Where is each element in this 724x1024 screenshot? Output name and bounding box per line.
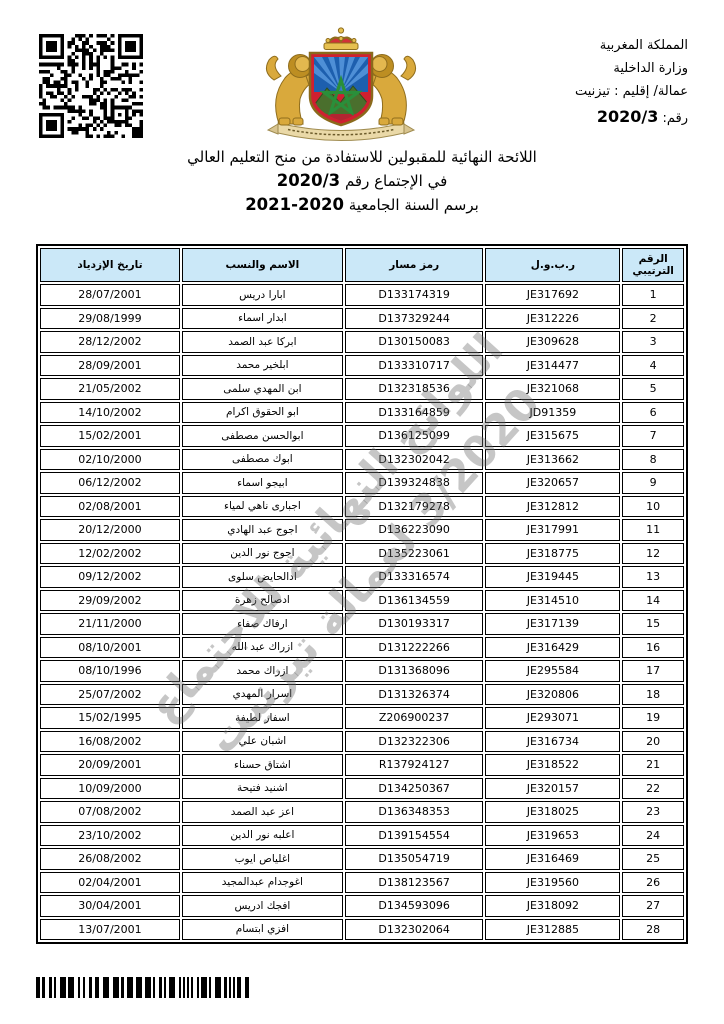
table-row: 4JE314477D133310717ابلخير محمد28/09/2001 — [40, 355, 684, 377]
cell-rank: 10 — [622, 496, 684, 518]
title-line3: برسم السنة الجامعية 2020-2021 — [0, 193, 724, 217]
cell-birthdate: 15/02/1995 — [40, 707, 180, 729]
cell-rank: 28 — [622, 919, 684, 941]
cell-id: JE312812 — [485, 496, 620, 518]
cell-rank: 2 — [622, 308, 684, 330]
cell-name: ادصالح زهرة — [182, 590, 343, 612]
title-line1: اللائحة النهائية للمقبولين للاستفادة من … — [0, 146, 724, 169]
cell-name: اشبان علي — [182, 731, 343, 753]
cell-rank: 22 — [622, 778, 684, 800]
table-header-row: الرقم الترتيبي ر.ب.و.ل رمز مسار الاسم وا… — [40, 248, 684, 282]
cell-massar: D136134559 — [345, 590, 484, 612]
cell-birthdate: 20/12/2000 — [40, 519, 180, 541]
cell-birthdate: 06/12/2002 — [40, 472, 180, 494]
cell-rank: 26 — [622, 872, 684, 894]
table-row: 8JE313662D132302042ابوك مصطفى02/10/2000 — [40, 449, 684, 471]
cell-name: ازراك محمد — [182, 660, 343, 682]
cell-rank: 12 — [622, 543, 684, 565]
table-row: 10JE312812D132179278اجبارى ناهي لمياء02/… — [40, 496, 684, 518]
cell-rank: 13 — [622, 566, 684, 588]
cell-id: JE320806 — [485, 684, 620, 706]
cell-massar: D137329244 — [345, 308, 484, 330]
cell-name: ابيجو اسماء — [182, 472, 343, 494]
cell-id: JE319560 — [485, 872, 620, 894]
cell-name: ابركا عبد الصمد — [182, 331, 343, 353]
cell-id: JE295584 — [485, 660, 620, 682]
table-row: 17JE295584D131368096ازراك محمد08/10/1996 — [40, 660, 684, 682]
cell-massar: D139154554 — [345, 825, 484, 847]
col-header-name: الاسم والنسب — [182, 248, 343, 282]
cell-birthdate: 12/02/2002 — [40, 543, 180, 565]
cell-name: ادالحايض سلوى — [182, 566, 343, 588]
cell-rank: 17 — [622, 660, 684, 682]
cell-name: اعلبه نور الدين — [182, 825, 343, 847]
cell-birthdate: 08/10/1996 — [40, 660, 180, 682]
cell-name: ابوك مصطفى — [182, 449, 343, 471]
barcode-icon — [36, 977, 251, 998]
cell-id: JE317692 — [485, 284, 620, 306]
cell-massar: D132302042 — [345, 449, 484, 471]
cell-id: JE314510 — [485, 590, 620, 612]
cell-id: JE316734 — [485, 731, 620, 753]
cell-name: اجوج نور الدين — [182, 543, 343, 565]
cell-id: JE312226 — [485, 308, 620, 330]
title-line2-text: في الإجتماع رقم — [345, 172, 447, 190]
cell-id: JE321068 — [485, 378, 620, 400]
title-line2-number: 2020/3 — [277, 171, 340, 190]
cell-birthdate: 02/10/2000 — [40, 449, 180, 471]
cell-id: JE293071 — [485, 707, 620, 729]
morocco-coat-of-arms-icon — [256, 26, 426, 144]
cell-rank: 11 — [622, 519, 684, 541]
cell-name: ابلخير محمد — [182, 355, 343, 377]
roster-table-wrap: الرقم الترتيبي ر.ب.و.ل رمز مسار الاسم وا… — [36, 244, 688, 944]
cell-rank: 15 — [622, 613, 684, 635]
cell-massar: R137924127 — [345, 754, 484, 776]
cell-id: JE317139 — [485, 613, 620, 635]
table-row: 24JE319653D139154554اعلبه نور الدين23/10… — [40, 825, 684, 847]
cell-massar: D136125099 — [345, 425, 484, 447]
province-line: عمالة/ إقليم : تيزنيت — [575, 80, 688, 103]
cell-name: ارفاك صفاء — [182, 613, 343, 635]
letterhead: المملكة المغربية وزارة الداخلية عمالة/ إ… — [575, 34, 688, 130]
cell-rank: 6 — [622, 402, 684, 424]
table-row: 5JE321068D132318536ابن المهدي سلمى21/05/… — [40, 378, 684, 400]
cell-birthdate: 02/04/2001 — [40, 872, 180, 894]
cell-birthdate: 02/08/2001 — [40, 496, 180, 518]
cell-birthdate: 16/08/2002 — [40, 731, 180, 753]
cell-birthdate: 25/07/2002 — [40, 684, 180, 706]
cell-massar: D138123567 — [345, 872, 484, 894]
cell-massar: D139324838 — [345, 472, 484, 494]
ministry-line: وزارة الداخلية — [575, 57, 688, 80]
cell-massar: D131222266 — [345, 637, 484, 659]
cell-rank: 21 — [622, 754, 684, 776]
cell-birthdate: 21/05/2002 — [40, 378, 180, 400]
cell-id: JE309628 — [485, 331, 620, 353]
table-row: 16JE316429D131222266ازراك عبد الله08/10/… — [40, 637, 684, 659]
cell-birthdate: 26/08/2002 — [40, 848, 180, 870]
table-row: 1JE317692D133174319ابارا دريس28/07/2001 — [40, 284, 684, 306]
cell-massar: D132322306 — [345, 731, 484, 753]
cell-name: ابوالحسن مصطفى — [182, 425, 343, 447]
kingdom-line: المملكة المغربية — [575, 34, 688, 57]
cell-massar: D130193317 — [345, 613, 484, 635]
cell-rank: 16 — [622, 637, 684, 659]
col-header-rank: الرقم الترتيبي — [622, 248, 684, 282]
cell-name: ابارا دريس — [182, 284, 343, 306]
cell-birthdate: 23/10/2002 — [40, 825, 180, 847]
cell-name: اجوج عبد الهادي — [182, 519, 343, 541]
cell-birthdate: 21/11/2000 — [40, 613, 180, 635]
table-row: 6JD91359D133164859ابو الحقوق اكرام14/10/… — [40, 402, 684, 424]
cell-id: JD91359 — [485, 402, 620, 424]
document-page: المملكة المغربية وزارة الداخلية عمالة/ إ… — [0, 0, 724, 1024]
cell-massar: Z206900237 — [345, 707, 484, 729]
cell-rank: 19 — [622, 707, 684, 729]
table-row: 12JE318775D135223061اجوج نور الدين12/02/… — [40, 543, 684, 565]
table-row: 25JE316469D135054719اغلياص ايوب26/08/200… — [40, 848, 684, 870]
table-row: 21JE318522R137924127اشتاق حسناء20/09/200… — [40, 754, 684, 776]
col-header-massar: رمز مسار — [345, 248, 484, 282]
cell-name: اشتاق حسناء — [182, 754, 343, 776]
cell-massar: D131368096 — [345, 660, 484, 682]
cell-rank: 3 — [622, 331, 684, 353]
cell-name: ابدار اسماء — [182, 308, 343, 330]
table-row: 19JE293071Z206900237اسفار لطيفة15/02/199… — [40, 707, 684, 729]
cell-id: JE312885 — [485, 919, 620, 941]
cell-id: JE318092 — [485, 895, 620, 917]
cell-rank: 4 — [622, 355, 684, 377]
cell-id: JE319445 — [485, 566, 620, 588]
col-header-birthdate: تاريخ الإزدياد — [40, 248, 180, 282]
table-row: 22JE320157D134250367اشنيد فتيحة10/09/200… — [40, 778, 684, 800]
cell-id: JE320657 — [485, 472, 620, 494]
cell-id: JE318775 — [485, 543, 620, 565]
cell-id: JE320157 — [485, 778, 620, 800]
table-row: 14JE314510D136134559ادصالح زهرة29/09/200… — [40, 590, 684, 612]
cell-rank: 7 — [622, 425, 684, 447]
document-number-line: رقم: 2020/3 — [575, 105, 688, 130]
cell-birthdate: 10/09/2000 — [40, 778, 180, 800]
cell-massar: D131326374 — [345, 684, 484, 706]
cell-rank: 14 — [622, 590, 684, 612]
cell-rank: 20 — [622, 731, 684, 753]
cell-rank: 18 — [622, 684, 684, 706]
table-row: 20JE316734D132322306اشبان علي16/08/2002 — [40, 731, 684, 753]
table-row: 9JE320657D139324838ابيجو اسماء06/12/2002 — [40, 472, 684, 494]
cell-rank: 25 — [622, 848, 684, 870]
cell-massar: D132302064 — [345, 919, 484, 941]
cell-birthdate: 08/10/2001 — [40, 637, 180, 659]
cell-rank: 24 — [622, 825, 684, 847]
cell-birthdate: 29/09/2002 — [40, 590, 180, 612]
table-row: 13JE319445D133316574ادالحايض سلوى09/12/2… — [40, 566, 684, 588]
page-title: اللائحة النهائية للمقبولين للاستفادة من … — [0, 146, 724, 217]
cell-massar: D133310717 — [345, 355, 484, 377]
table-row: 7JE315675D136125099ابوالحسن مصطفى15/02/2… — [40, 425, 684, 447]
cell-id: JE317991 — [485, 519, 620, 541]
cell-massar: D133174319 — [345, 284, 484, 306]
table-row: 3JE309628D130150083ابركا عبد الصمد28/12/… — [40, 331, 684, 353]
document-number-label: رقم: — [662, 111, 688, 126]
cell-id: JE319653 — [485, 825, 620, 847]
cell-massar: D133316574 — [345, 566, 484, 588]
cell-massar: D136348353 — [345, 801, 484, 823]
cell-name: اجبارى ناهي لمياء — [182, 496, 343, 518]
table-row: 23JE318025D136348353اعز عبد الصمد07/08/2… — [40, 801, 684, 823]
cell-birthdate: 30/04/2001 — [40, 895, 180, 917]
table-row: 27JE318092D134593096افجك ادريس30/04/2001 — [40, 895, 684, 917]
cell-id: JE314477 — [485, 355, 620, 377]
cell-birthdate: 07/08/2002 — [40, 801, 180, 823]
qr-code-icon — [38, 34, 144, 138]
cell-rank: 9 — [622, 472, 684, 494]
cell-id: JE316469 — [485, 848, 620, 870]
table-row: 18JE320806D131326374اسرار المهدي25/07/20… — [40, 684, 684, 706]
cell-birthdate: 15/02/2001 — [40, 425, 180, 447]
cell-birthdate: 28/09/2001 — [40, 355, 180, 377]
roster-table: الرقم الترتيبي ر.ب.و.ل رمز مسار الاسم وا… — [36, 244, 688, 944]
cell-id: JE318025 — [485, 801, 620, 823]
cell-id: JE313662 — [485, 449, 620, 471]
cell-birthdate: 28/07/2001 — [40, 284, 180, 306]
cell-name: اغوجدام عبدالمجيد — [182, 872, 343, 894]
cell-massar: D134250367 — [345, 778, 484, 800]
cell-massar: D132179278 — [345, 496, 484, 518]
cell-massar: D136223090 — [345, 519, 484, 541]
cell-name: افجك ادريس — [182, 895, 343, 917]
cell-birthdate: 14/10/2002 — [40, 402, 180, 424]
cell-birthdate: 20/09/2001 — [40, 754, 180, 776]
table-row: 26JE319560D138123567اغوجدام عبدالمجيد02/… — [40, 872, 684, 894]
title-line3-text: برسم السنة الجامعية — [349, 196, 479, 214]
cell-rank: 23 — [622, 801, 684, 823]
cell-birthdate: 13/07/2001 — [40, 919, 180, 941]
cell-rank: 8 — [622, 449, 684, 471]
cell-name: اعز عبد الصمد — [182, 801, 343, 823]
title-line3-number: 2020-2021 — [245, 195, 344, 214]
cell-rank: 5 — [622, 378, 684, 400]
table-row: 2JE312226D137329244ابدار اسماء29/08/1999 — [40, 308, 684, 330]
cell-name: افزي ابتسام — [182, 919, 343, 941]
cell-name: اغلياص ايوب — [182, 848, 343, 870]
cell-id: JE318522 — [485, 754, 620, 776]
cell-massar: D133164859 — [345, 402, 484, 424]
title-line2: في الإجتماع رقم 2020/3 — [0, 169, 724, 193]
cell-massar: D135223061 — [345, 543, 484, 565]
cell-birthdate: 29/08/1999 — [40, 308, 180, 330]
cell-name: ابن المهدي سلمى — [182, 378, 343, 400]
cell-rank: 27 — [622, 895, 684, 917]
cell-name: اسفار لطيفة — [182, 707, 343, 729]
cell-birthdate: 09/12/2002 — [40, 566, 180, 588]
table-body: 1JE317692D133174319ابارا دريس28/07/20012… — [40, 284, 684, 940]
table-row: 15JE317139D130193317ارفاك صفاء21/11/2000 — [40, 613, 684, 635]
document-number-value: 2020/3 — [597, 107, 659, 126]
cell-massar: D130150083 — [345, 331, 484, 353]
cell-massar: D132318536 — [345, 378, 484, 400]
cell-massar: D134593096 — [345, 895, 484, 917]
cell-name: ازراك عبد الله — [182, 637, 343, 659]
cell-name: اسرار المهدي — [182, 684, 343, 706]
cell-name: اشنيد فتيحة — [182, 778, 343, 800]
cell-name: ابو الحقوق اكرام — [182, 402, 343, 424]
cell-rank: 1 — [622, 284, 684, 306]
table-row: 28JE312885D132302064افزي ابتسام13/07/200… — [40, 919, 684, 941]
col-header-id: ر.ب.و.ل — [485, 248, 620, 282]
table-row: 11JE317991D136223090اجوج عبد الهادي20/12… — [40, 519, 684, 541]
cell-id: JE316429 — [485, 637, 620, 659]
cell-massar: D135054719 — [345, 848, 484, 870]
cell-birthdate: 28/12/2002 — [40, 331, 180, 353]
cell-id: JE315675 — [485, 425, 620, 447]
